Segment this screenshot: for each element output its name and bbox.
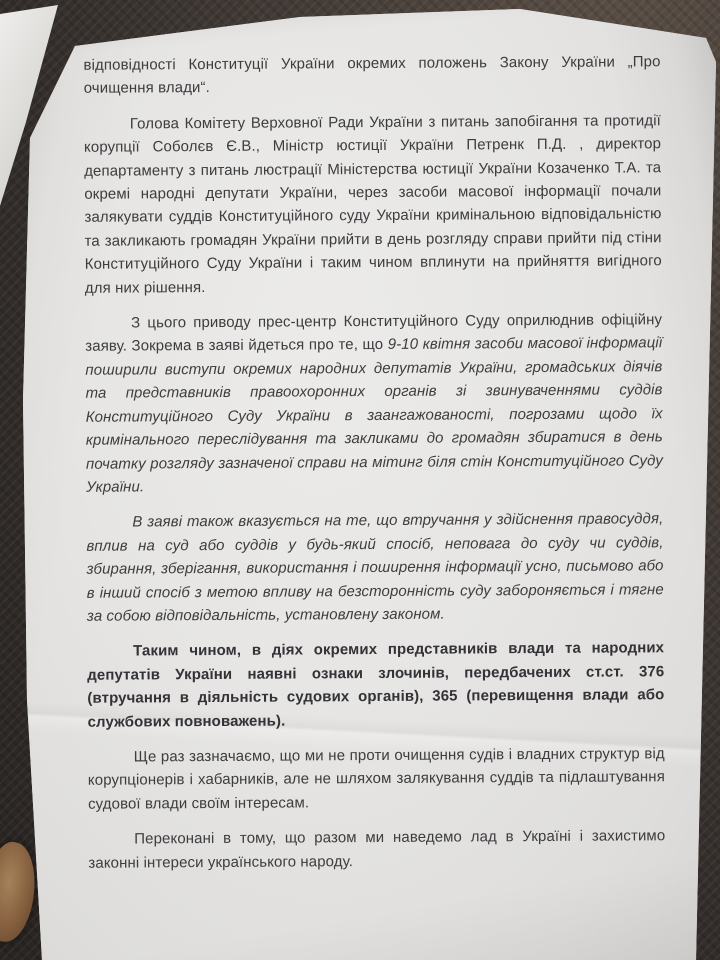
- paragraph-conclusion-crimes: Таким чином, в діях окремих представникі…: [87, 637, 665, 734]
- seat-edge-object: [0, 839, 41, 945]
- paragraph-closing: Переконані в тому, що разом ми наведемо …: [88, 824, 665, 874]
- paragraph-statement-quote: В заяві також вказується на те, що втруч…: [86, 508, 664, 629]
- paper-sheet: відповідності Конституції України окреми…: [0, 0, 720, 960]
- paragraph-officials: Голова Комітету Верховної Ради України з…: [84, 109, 662, 300]
- photo-of-document: відповідності Конституції України окреми…: [0, 0, 720, 960]
- paragraph-continuation: відповідності Конституції України окреми…: [83, 50, 660, 100]
- paragraph-press-center: З цього приводу прес-центр Конституційно…: [85, 308, 663, 499]
- paragraph-press-center-quote: 9-10 квітня засоби масової інформації по…: [85, 335, 663, 496]
- document-text: відповідності Конституції України окреми…: [83, 50, 665, 887]
- paragraph-clarification: Ще раз зазначаємо, що ми не проти очищен…: [88, 742, 665, 816]
